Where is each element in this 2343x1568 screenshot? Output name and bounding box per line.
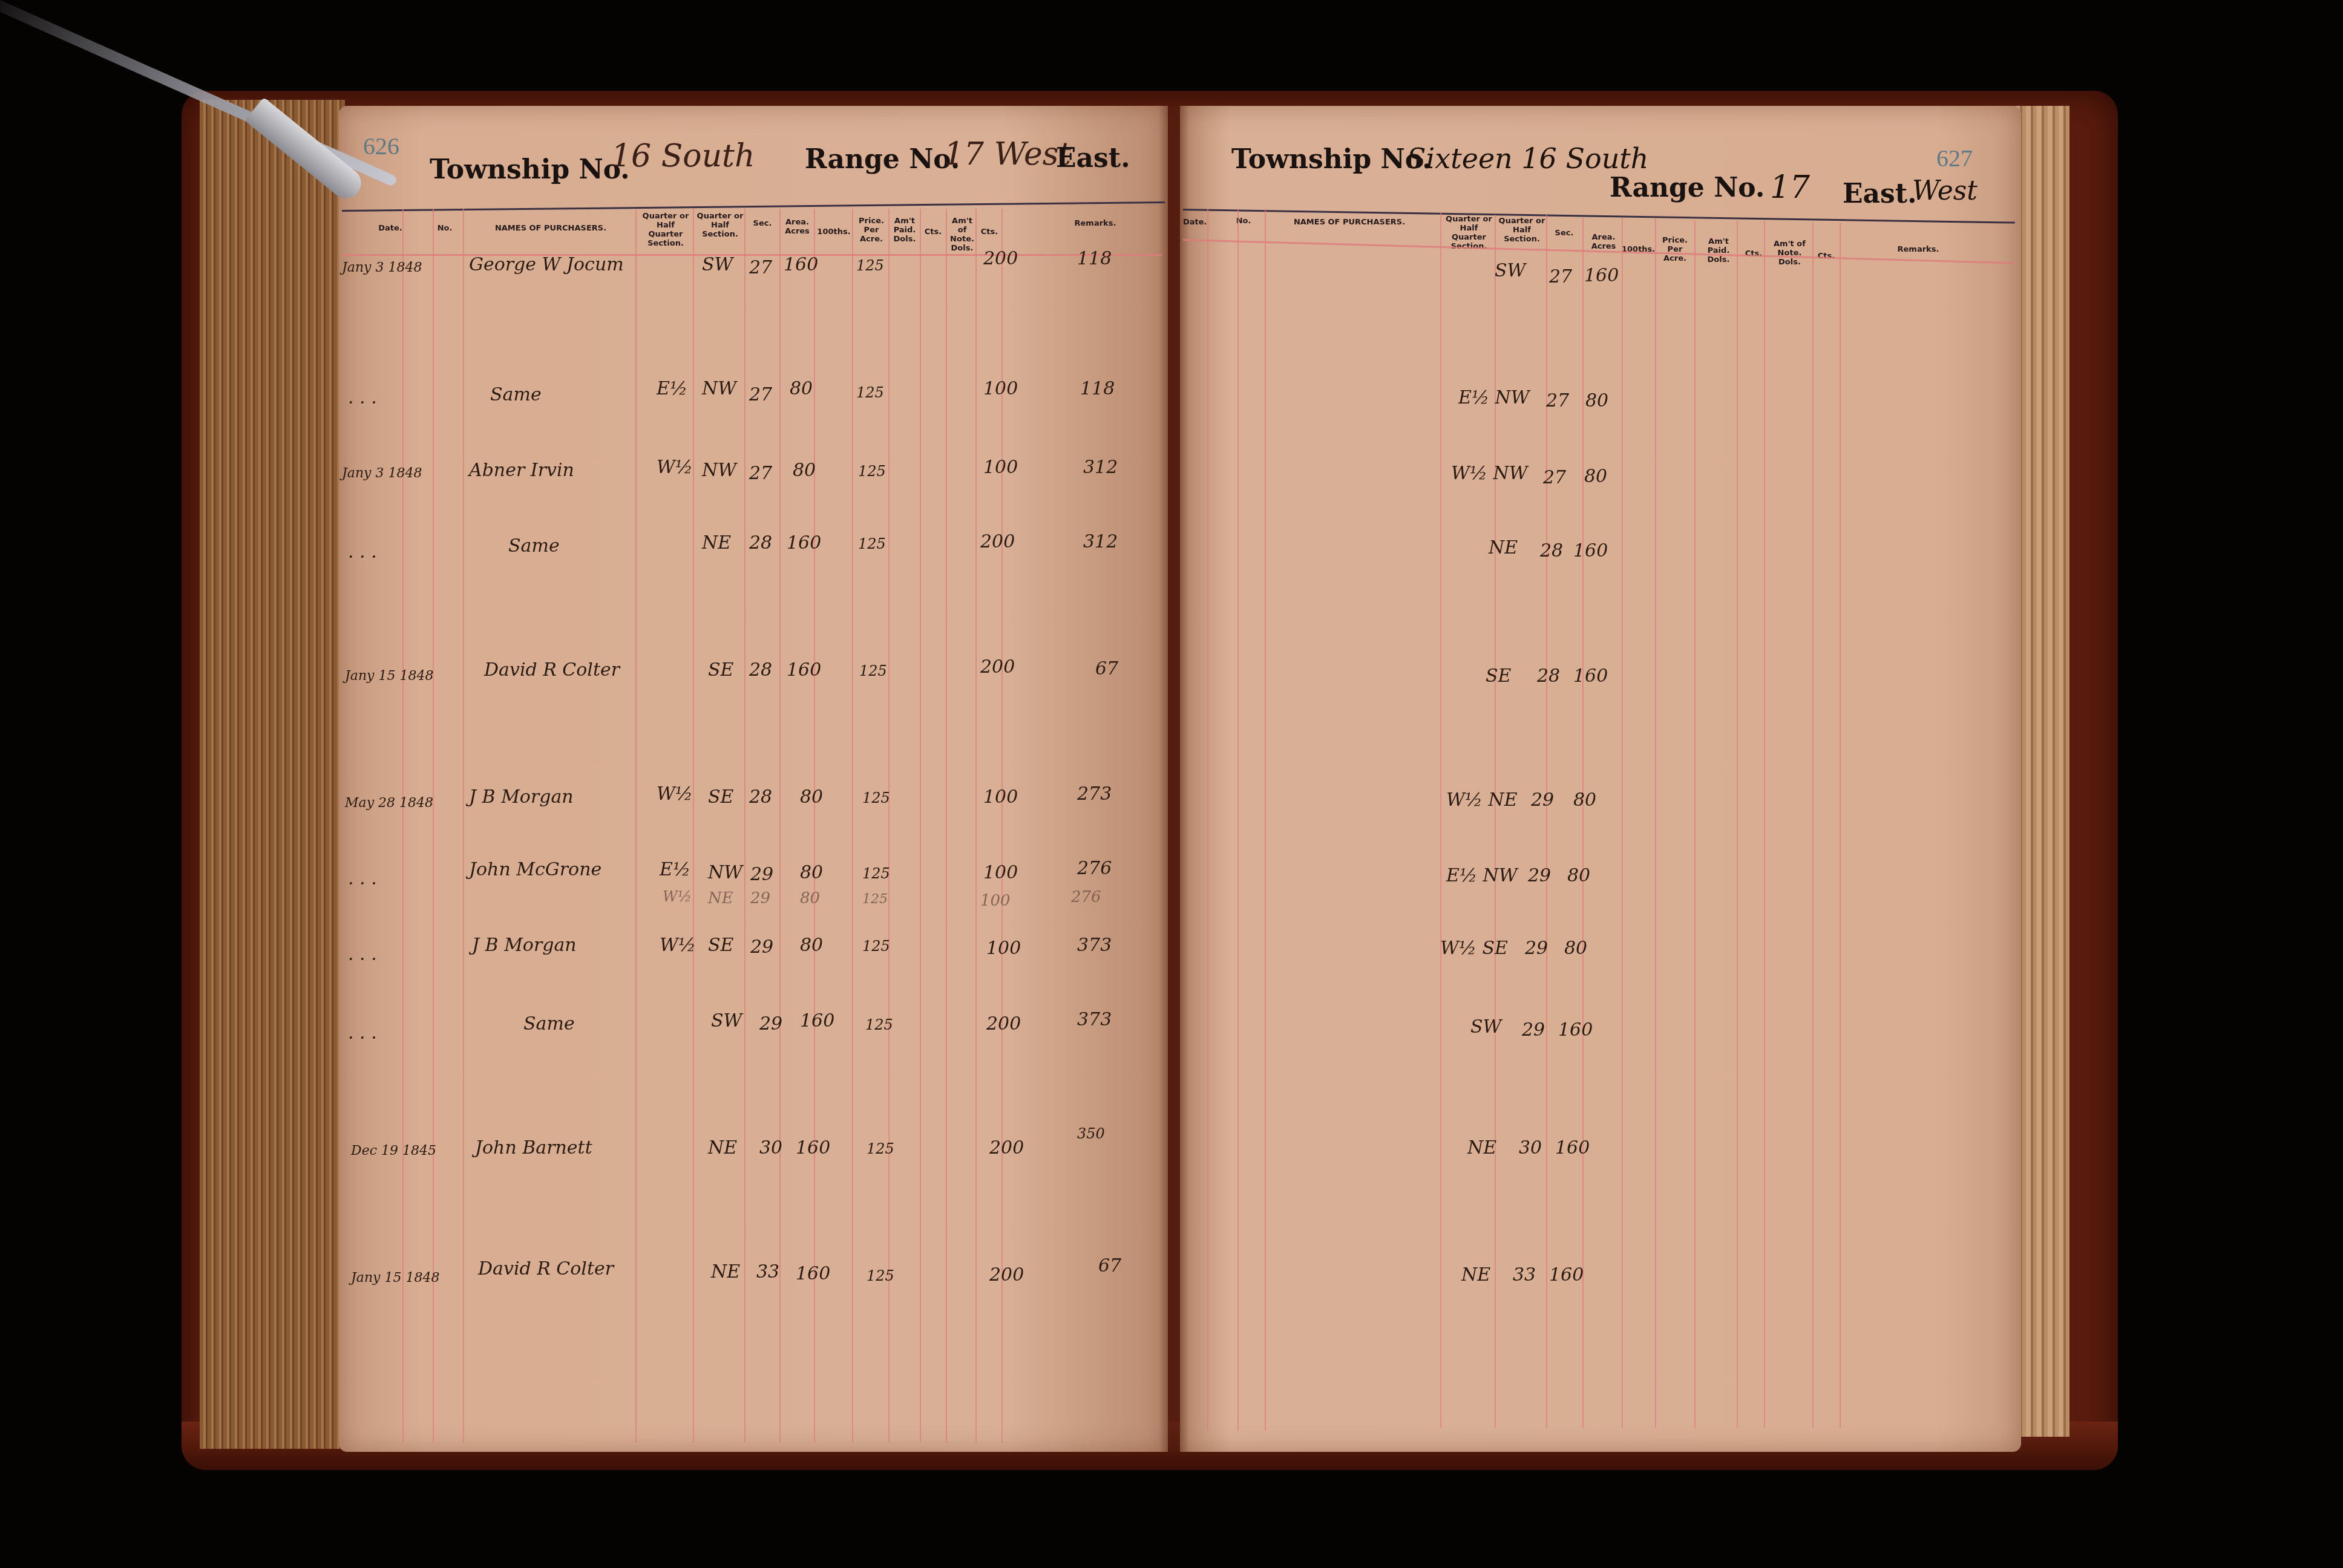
cell-sec: 27 [1546, 390, 1569, 411]
right-rule [1812, 223, 1814, 1428]
cell-sec: 28 [749, 532, 772, 554]
cell-acres: 160 [800, 1010, 834, 1031]
left-col-qhq: Quarter or Half Quarter Section. [638, 212, 693, 248]
cell-date: Jany 15 1848 [351, 1270, 440, 1285]
right-rule [1764, 221, 1765, 1428]
left-page-block-edge [200, 100, 345, 1449]
cell-acres: 160 [796, 1263, 830, 1284]
cell-qhq: W½ [657, 457, 693, 478]
cell-sec: 29 [1531, 789, 1554, 811]
cell-date: . . . [348, 387, 377, 408]
cell-price: 125 [862, 892, 888, 907]
right-col-names: NAMES OF PURCHASERS. [1271, 218, 1428, 227]
cell-acres: 80 [1573, 789, 1596, 811]
cell-note: 200 [989, 1264, 1024, 1285]
cell-note: 100 [983, 862, 1018, 883]
cell-qh: NW [702, 460, 736, 481]
cell-acres: 80 [800, 935, 823, 956]
left-east-label: East. [1056, 143, 1130, 174]
left-col-remarks: Remarks. [1059, 219, 1132, 228]
cell-remarks: 276 [1077, 858, 1112, 879]
cell-acres: 80 [1564, 938, 1587, 959]
cell-note: 100 [983, 457, 1018, 478]
cell-sec: 28 [1540, 540, 1563, 561]
cell-qhq: E½ [657, 378, 687, 399]
cell-acres: 160 [1573, 665, 1608, 687]
cell-date: . . . [348, 944, 377, 965]
left-rule [852, 209, 853, 1443]
cell-acres: 160 [796, 1137, 830, 1158]
cell-sec: 28 [749, 659, 772, 681]
cell-name: Same [490, 384, 542, 405]
cell-date: Jany 3 1848 [342, 260, 422, 275]
right-township-value: Sixteen 16 South [1407, 142, 1648, 175]
cell-date: . . . [348, 1022, 377, 1044]
cell-qh: NE [711, 1261, 740, 1282]
page-number-left: 626 [363, 132, 399, 160]
cell-name: David R Colter [478, 1258, 614, 1279]
left-col-note-dols: Am't of Note. Dols. [947, 217, 977, 253]
right-col-qhq: Quarter or Half Quarter Section. [1443, 215, 1495, 251]
cell-note: 200 [989, 1137, 1024, 1158]
cell-remarks: 118 [1077, 248, 1112, 269]
cell-tract: SW [1470, 1016, 1501, 1037]
left-rule [888, 209, 890, 1443]
left-col-names: NAMES OF PURCHASERS. [478, 224, 623, 233]
cell-acres: 80 [1584, 466, 1607, 487]
left-rule [402, 209, 404, 1443]
cell-price: 125 [867, 1267, 894, 1284]
left-rule [463, 209, 464, 1443]
left-col-sec: Sec. [747, 219, 778, 228]
cell-price: 125 [858, 535, 886, 552]
left-range-value: 17 West [944, 136, 1071, 172]
cell-price: 125 [858, 463, 886, 480]
cell-price: 125 [856, 384, 884, 401]
cell-qh: NW [702, 378, 736, 399]
cell-tract: E½ NW [1458, 387, 1530, 408]
cell-remarks: 373 [1077, 1009, 1112, 1030]
cell-name: John McGrone [469, 859, 601, 880]
right-township-label: Township No. [1231, 144, 1432, 175]
cell-acres: 160 [1549, 1264, 1584, 1285]
left-rule [693, 209, 694, 1443]
left-col-100ths: 100ths. [816, 227, 852, 237]
cell-note: 200 [980, 531, 1015, 552]
cell-acres: 160 [787, 532, 821, 554]
cell-acres: 160 [1573, 540, 1608, 561]
cell-remarks: 312 [1083, 457, 1118, 478]
cell-note: 100 [983, 786, 1018, 808]
cell-qh: NE [708, 1137, 737, 1158]
cell-date: . . . [348, 541, 377, 563]
right-rule [1737, 221, 1738, 1428]
cell-date: Jany 15 1848 [345, 668, 434, 684]
right-rule [1655, 218, 1656, 1428]
cell-acres: 80 [793, 460, 816, 481]
cell-sec: 29 [1528, 865, 1551, 886]
right-rule [1237, 209, 1239, 1431]
cell-remarks: 276 [1071, 888, 1101, 906]
left-rule [779, 209, 781, 1443]
left-col-acres: Area. Acres [781, 218, 814, 236]
cell-qh: SW [702, 254, 733, 275]
cell-price: 125 [865, 1016, 893, 1033]
cell-name: J B Morgan [472, 935, 577, 956]
cell-sec: 29 [1525, 938, 1548, 959]
cell-acres: 160 [1558, 1019, 1593, 1040]
right-col-note-dols: Am't of Note. Dols. [1767, 240, 1812, 267]
cell-sec: 29 [750, 889, 770, 907]
cell-tract: W½ SE [1440, 938, 1508, 959]
cell-price: 125 [862, 938, 890, 955]
cell-qhq: W½ [663, 888, 692, 905]
right-col-price: Price. Per Acre. [1657, 236, 1693, 263]
cell-remarks: 350 [1077, 1125, 1105, 1142]
right-rule [1840, 223, 1841, 1428]
cell-note: 100 [986, 938, 1021, 959]
cell-name: John Barnett [475, 1137, 592, 1158]
cell-acres: 160 [784, 254, 818, 275]
cell-qh: NE [702, 532, 731, 554]
right-rule [1622, 218, 1623, 1428]
left-range-label: Range No. [805, 144, 960, 175]
right-west-value: West [1912, 175, 1978, 206]
cell-note: 100 [980, 892, 1011, 910]
left-col-note-cts: Cts. [977, 227, 1001, 237]
cell-name: Abner Irvin [469, 460, 574, 481]
right-rule [1265, 209, 1266, 1431]
cell-price: 125 [859, 662, 887, 679]
cell-price: 125 [856, 257, 884, 274]
cell-name: David R Colter [484, 659, 620, 681]
cell-name: George W Jocum [469, 254, 624, 275]
cell-note: 200 [980, 656, 1015, 678]
cell-acres: 80 [790, 378, 813, 399]
cell-date: . . . [348, 868, 377, 889]
cell-qh: SE [708, 659, 733, 681]
left-col-paid-cts: Cts. [921, 227, 945, 237]
cell-price: 125 [867, 1140, 894, 1157]
cell-acres: 160 [1584, 265, 1619, 286]
cell-sec: 27 [1549, 266, 1572, 287]
cell-remarks: 373 [1077, 935, 1112, 956]
cell-qh: SE [708, 786, 733, 808]
left-rule [814, 209, 815, 1443]
cell-note: 100 [983, 378, 1018, 399]
cell-sec: 27 [749, 257, 772, 278]
cell-qh: SW [711, 1010, 742, 1031]
left-rule [946, 209, 947, 1443]
cell-sec: 29 [1522, 1019, 1545, 1040]
cell-sec: 29 [750, 864, 773, 885]
cell-date: Dec 19 1845 [351, 1143, 436, 1158]
left-township-value: 16 South [611, 138, 755, 174]
left-col-date: Date. [375, 224, 405, 233]
right-col-qh: Quarter or Half Section. [1498, 217, 1546, 244]
right-page [1180, 106, 2021, 1452]
cell-tract: W½ NW [1451, 463, 1528, 484]
cell-qh: NW [708, 862, 742, 883]
cell-date: Jany 3 1848 [342, 466, 422, 481]
cell-qhq: E½ [660, 859, 690, 880]
cell-acres: 80 [1585, 390, 1608, 411]
cell-tract: SE [1486, 665, 1511, 687]
cell-acres: 160 [787, 659, 821, 681]
right-rule [1694, 221, 1696, 1428]
cell-qhq: W½ [660, 935, 696, 956]
left-rule [975, 209, 977, 1443]
cell-sec: 28 [749, 786, 772, 808]
cell-tract: NE [1489, 537, 1518, 558]
left-col-no: No. [436, 224, 454, 233]
right-page-block-edge [2015, 106, 2069, 1437]
cell-name: J B Morgan [469, 786, 574, 808]
left-col-price: Price. Per Acre. [853, 217, 890, 244]
cell-price: 125 [862, 865, 890, 882]
cell-sec: 28 [1537, 665, 1560, 687]
cell-name: Same [508, 535, 560, 557]
cell-date: May 28 1848 [345, 795, 433, 811]
right-range-value: 17 [1770, 169, 1810, 206]
cell-sec: 27 [749, 384, 772, 405]
cell-remarks: 273 [1077, 783, 1112, 805]
right-col-date: Date. [1183, 218, 1201, 227]
cell-name: Same [523, 1013, 575, 1034]
left-col-qh: Quarter or Half Section. [696, 212, 744, 239]
cell-sec: 30 [1519, 1137, 1542, 1158]
right-col-paid-dols: Am't Paid. Dols. [1697, 237, 1740, 264]
left-rule [433, 209, 434, 1443]
cell-tract: SW [1495, 260, 1525, 281]
right-east-label: East. [1843, 178, 1916, 209]
cell-sec: 27 [749, 463, 772, 484]
left-col-paid-dols: Am't Paid. Dols. [890, 217, 920, 244]
cell-remarks: 118 [1080, 378, 1115, 399]
cell-sec: 29 [750, 936, 773, 958]
left-rule [744, 209, 745, 1443]
cell-tract: NE [1461, 1264, 1490, 1285]
cell-sec: 27 [1543, 467, 1566, 488]
cell-sec: 30 [759, 1137, 782, 1158]
right-col-acres: Area. Acres [1585, 233, 1622, 251]
cell-remarks: 312 [1083, 531, 1118, 552]
cell-acres: 80 [800, 786, 823, 808]
cell-acres: 80 [800, 862, 823, 883]
left-rule [635, 209, 637, 1443]
cell-note: 200 [983, 248, 1018, 269]
cell-note: 200 [986, 1013, 1021, 1034]
cell-tract: W½ NE [1446, 789, 1518, 811]
cell-acres: 160 [1555, 1137, 1590, 1158]
left-header-bottom-rule [342, 254, 1162, 256]
cell-remarks: 67 [1095, 658, 1118, 679]
cell-acres: 80 [800, 889, 820, 907]
right-rule [1582, 218, 1584, 1428]
book-gutter [1159, 106, 1189, 1452]
cell-sec: 33 [756, 1261, 779, 1282]
left-rule [920, 209, 921, 1443]
cell-acres: 80 [1567, 865, 1590, 886]
cell-price: 125 [862, 789, 890, 806]
cell-sec: 33 [1513, 1264, 1536, 1285]
cell-qhq: W½ [657, 783, 693, 805]
cell-qh: NE [708, 889, 733, 907]
page-number-right: 627 [1936, 144, 1973, 172]
cell-remarks: 67 [1098, 1255, 1121, 1276]
left-township-label: Township No. [430, 154, 630, 185]
right-rule [1207, 209, 1208, 1431]
cell-sec: 29 [759, 1013, 782, 1034]
cell-qh: SE [708, 935, 733, 956]
right-col-remarks: Remarks. [1882, 245, 1955, 254]
right-range-label: Range No. [1610, 172, 1765, 203]
cell-tract: NE [1467, 1137, 1496, 1158]
right-col-sec: Sec. [1549, 229, 1579, 238]
right-rule [1440, 212, 1441, 1428]
cell-tract: E½ NW [1446, 865, 1518, 886]
